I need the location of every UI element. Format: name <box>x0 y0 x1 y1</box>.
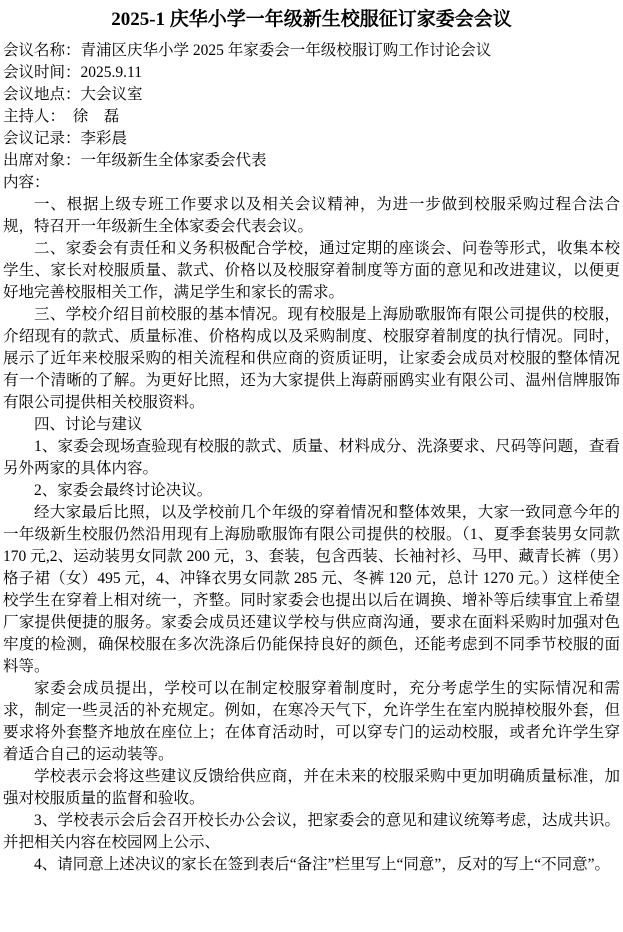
meta-recorder: 会议记录：李彩晨 <box>3 128 620 150</box>
meta-recorder-value: 李彩晨 <box>81 130 128 147</box>
meeting-minutes-document: 2025-1 庆华小学一年级新生校服征订家委会会议 会议名称：青浦区庆华小学 2… <box>0 0 623 932</box>
meta-meeting-name: 会议名称：青浦区庆华小学 2025 年家委会一年级校服订购工作讨论会议 <box>3 40 620 62</box>
content-section: 一、根据上级专班工作要求以及相关会议精神，为进一步做到校服采购过程合法合规，特召… <box>3 194 620 876</box>
meta-meeting-place-value: 大会议室 <box>81 86 143 103</box>
paragraph-discussion-item-3: 3、学校表示会后会召开校长办公会议，把家委会的意见和建议统筹考虑，达成共识。并把… <box>3 810 620 854</box>
paragraph-1: 一、根据上级专班工作要求以及相关会议精神，为进一步做到校服采购过程合法合规，特召… <box>3 194 620 238</box>
meta-section: 会议名称：青浦区庆华小学 2025 年家委会一年级校服订购工作讨论会议 会议时间… <box>3 40 620 172</box>
paragraph-4-heading: 四、讨论与建议 <box>3 414 620 436</box>
meta-recorder-label: 会议记录： <box>3 130 81 147</box>
meta-meeting-place: 会议地点：大会议室 <box>3 84 620 106</box>
paragraph-discussion-item-1: 1、家委会现场查验现有校服的款式、质量、材料成分、洗涤要求、尺码等问题，查看另外… <box>3 436 620 480</box>
meta-meeting-time: 会议时间：2025.9.11 <box>3 62 620 84</box>
meta-meeting-name-label: 会议名称： <box>3 42 81 59</box>
meta-host-label: 主持人： <box>3 108 57 125</box>
paragraph-resolution-details: 经大家最后比照，以及学校前几个年级的穿着情况和整体效果，大家一致同意今年的一年级… <box>3 502 620 678</box>
paragraph-school-response: 学校表示会将这些建议反馈给供应商，并在未来的校服采购中更加明确质量标准，加强对校… <box>3 766 620 810</box>
meta-host-value: 徐 磊 <box>57 108 119 125</box>
meta-attendees-label: 出席对象： <box>3 152 81 169</box>
content-heading: 内容： <box>3 172 620 194</box>
paragraph-2: 二、家委会有责任和义务积极配合学校，通过定期的座谈会、问卷等形式，收集本校学生、… <box>3 238 620 304</box>
meta-host: 主持人： 徐 磊 <box>3 106 620 128</box>
paragraph-discussion-item-4: 4、请同意上述决议的家长在签到表后“备注”栏里写上“同意”，反对的写上“不同意”… <box>3 854 620 876</box>
paragraph-discussion-item-2: 2、家委会最终讨论决议。 <box>3 480 620 502</box>
meta-attendees: 出席对象：一年级新生全体家委会代表 <box>3 150 620 172</box>
meta-meeting-time-label: 会议时间： <box>3 64 81 81</box>
paragraph-member-suggestions: 家委会成员提出，学校可以在制定校服穿着制度时，充分考虑学生的实际情况和需求，制定… <box>3 678 620 766</box>
meta-attendees-value: 一年级新生全体家委会代表 <box>81 152 267 169</box>
paragraph-3: 三、学校介绍目前校服的基本情况。现有校服是上海励歌服饰有限公司提供的校服，介绍现… <box>3 304 620 414</box>
meta-meeting-name-value: 青浦区庆华小学 2025 年家委会一年级校服订购工作讨论会议 <box>81 42 492 59</box>
meta-meeting-place-label: 会议地点： <box>3 86 81 103</box>
document-title: 2025-1 庆华小学一年级新生校服征订家委会会议 <box>3 7 620 32</box>
meta-meeting-time-value: 2025.9.11 <box>81 64 142 81</box>
